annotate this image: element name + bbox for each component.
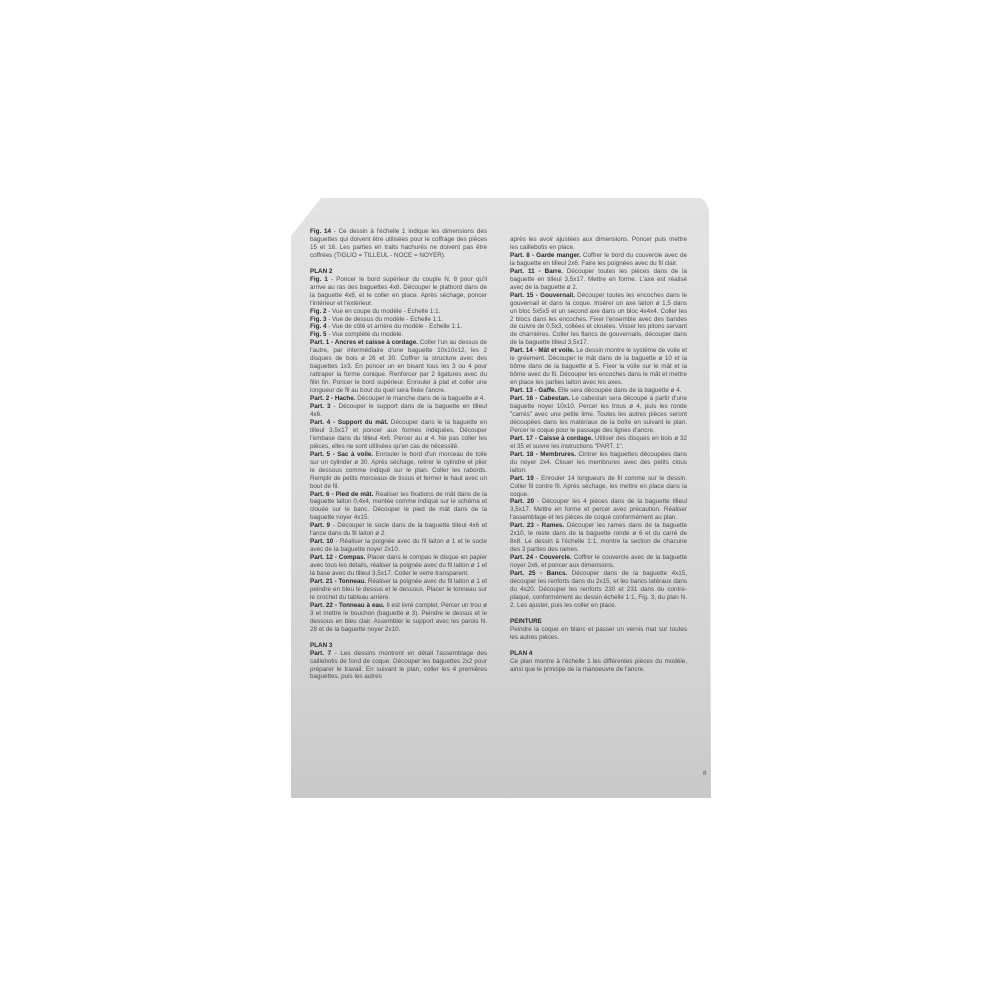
paragraph: Part. 3 - Découper le support dans de la…	[310, 403, 487, 419]
paragraph: Part. 18 - Membrures. Cintrer les baguet…	[510, 451, 687, 475]
paragraph-text: Découper toutes les encoches dans le gou…	[510, 292, 687, 347]
paragraph: Ce plan montre à l'échelle 1 les différe…	[510, 658, 687, 674]
paragraph: Part. 6 - Pied de mât. Réaliser les fixa…	[310, 491, 487, 523]
paragraph-label: Part. 20	[510, 498, 534, 505]
paragraph-label: Part. 6 - Pied de mât.	[310, 491, 373, 498]
paragraph-label: Part. 24 - Couvercle.	[510, 554, 572, 561]
paragraph-text: Elle sera découpée dans de la baguette ø…	[556, 387, 681, 394]
paragraph-label: Part. 12 - Compas.	[310, 554, 365, 561]
paragraph-label: Fig. 2	[310, 308, 326, 315]
paragraph-label: Part. 2 - Hache.	[310, 395, 356, 402]
paragraph-text: - Vue de dessus du modèle - Echelle 1:1.	[326, 316, 443, 323]
paragraph-label: Part. 19	[510, 475, 534, 482]
page-number: 8	[703, 771, 706, 777]
paragraph: Part. 8 - Garde manger. Coffrer le bord …	[510, 252, 687, 268]
paragraph: Part. 1 - Ancres et caisse à cordage. Co…	[310, 339, 487, 395]
paragraph: Fig. 4 - Vue de côté et arrière du modèl…	[310, 323, 487, 331]
paragraph: Part. 14 - Mât et voile. Le dessin montr…	[510, 347, 687, 387]
paragraph-label: Part. 21 - Tonneau.	[310, 578, 366, 585]
paragraph-label: Part. 25 - Bancs.	[510, 570, 567, 577]
paragraph-label: Part. 15 - Gouvernail.	[510, 292, 575, 299]
paragraph-label: Fig. 14	[310, 228, 331, 235]
paragraph-text: - Enrouler 14 longueurs de fil comme sur…	[510, 475, 687, 498]
section-gap	[310, 260, 487, 268]
paragraph-label: Part. 13 - Gaffe.	[510, 387, 556, 394]
paragraph: Part. 7 - Les dessins montrent en détail…	[310, 650, 487, 682]
paragraph-label: Part. 23 - Rames.	[510, 522, 564, 529]
paragraph: Fig. 3 - Vue de dessus du modèle - Echel…	[310, 316, 487, 324]
paragraph: Peindre la coque en blanc et passer un v…	[510, 626, 687, 642]
paragraph: Fig. 5 - Vue complète du modèle.	[310, 331, 487, 339]
left-column: Fig. 14 - Ce dessin à l'échelle 1 indiqu…	[310, 228, 487, 681]
paragraph-text: - Vue complète du modèle.	[326, 331, 403, 338]
paragraph-text: Coller l'un au dessus de l'autre, par in…	[310, 339, 487, 394]
paragraph: Part. 4 - Support du mât. Découper dans …	[310, 419, 487, 451]
paragraph: Part. 5 - Sac à voile. Enrouler le bord …	[310, 451, 487, 491]
section-gap	[510, 610, 687, 618]
section-heading: PLAN 3	[310, 642, 487, 650]
paragraph-text: - Réaliser la poignée avec du fil laiton…	[310, 538, 487, 553]
paragraph: Part. 21 - Tonneau. Réaliser la poignée …	[310, 578, 487, 602]
paragraph: Part. 10 - Réaliser la poignée avec du f…	[310, 538, 487, 554]
document-page: Fig. 14 - Ce dessin à l'échelle 1 indiqu…	[291, 198, 711, 798]
paragraph: Part. 12 - Compas. Placer dans le compas…	[310, 554, 487, 578]
paragraph-label: Fig. 4	[310, 323, 326, 330]
paragraph-label: Part. 11 - Barre.	[510, 268, 563, 275]
paragraph-text: - Découper les 4 pièces dans de la bague…	[510, 498, 687, 521]
paragraph-label: Part. 3	[310, 403, 330, 410]
paragraph-label: Fig. 5	[310, 331, 326, 338]
paragraph: Part. 24 - Couvercle. Coffrer le couverc…	[510, 554, 687, 570]
paragraph: Part. 11 - Barre. Découper toutes les pi…	[510, 268, 687, 292]
paragraph: Part. 9 - Découper le socle dans de la b…	[310, 522, 487, 538]
paragraph-label: Part. 1 - Ancres et caisse à cordage.	[310, 339, 418, 346]
paragraph-label: Part. 4 - Support du mât.	[310, 419, 388, 426]
paragraph-label: Part. 18 - Membrures.	[510, 451, 576, 458]
paragraph-label: Part. 8 - Garde manger.	[510, 252, 581, 259]
paragraph-text: Ce plan montre à l'échelle 1 les différe…	[510, 658, 687, 673]
paragraph: Part. 22 - Tonneau à eau. Il est livré c…	[310, 602, 487, 634]
section-heading: PLAN 4	[510, 650, 687, 658]
paragraph-label: Part. 9	[310, 522, 330, 529]
paragraph: après les avoir ajustées aux dimensions.…	[510, 236, 687, 252]
paragraph-text: - Poncer le bord supérieur du couple N. …	[310, 276, 487, 307]
paragraph-label: Fig. 1	[310, 276, 328, 283]
paragraph-text: - Ce dessin à l'échelle 1 indique les di…	[310, 228, 487, 259]
section-heading: PLAN 2	[310, 268, 487, 276]
section-gap	[310, 634, 487, 642]
paragraph: Part. 20 - Découper les 4 pièces dans de…	[510, 498, 687, 522]
paragraph-text: Peindre la coque en blanc et passer un v…	[510, 626, 687, 641]
paragraph-text: - Les dessins montrent en détail l'assem…	[310, 650, 487, 681]
paragraph: Part. 19 - Enrouler 14 longueurs de fil …	[510, 475, 687, 499]
paragraph-text: Découper le manche dans de la baguette ø…	[356, 395, 486, 402]
paragraph-text: - Vue de côté et arrière du modèle - Ech…	[326, 323, 462, 330]
paragraph: Fig. 14 - Ce dessin à l'échelle 1 indiqu…	[310, 228, 487, 260]
paragraph: Part. 25 - Bancs. Découper dans de la ba…	[510, 570, 687, 610]
paragraph: Fig. 2 - Vue en coupe du modèle - Echell…	[310, 308, 487, 316]
paragraph-text: - Découper le support dans de la baguett…	[310, 403, 487, 418]
paragraph-label: Part. 5 - Sac à voile.	[310, 451, 373, 458]
section-heading: PEINTURE	[510, 618, 687, 626]
paragraph: Part. 2 - Hache. Découper le manche dans…	[310, 395, 487, 403]
paragraph-label: Part. 16 - Cabestan.	[510, 395, 570, 402]
paragraph-label: Part. 10	[310, 538, 333, 545]
paragraph-label: Part. 7	[310, 650, 331, 657]
paragraph-label: Part. 22 - Tonneau à eau.	[310, 602, 385, 609]
paragraph-label: Fig. 3	[310, 316, 326, 323]
paragraph-text: - Vue en coupe du modèle - Echelle 1:1.	[326, 308, 440, 315]
paragraph: Fig. 1 - Poncer le bord supérieur du cou…	[310, 276, 487, 308]
paragraph: Part. 17 - Caisse à cordage. Utiliser de…	[510, 435, 687, 451]
section-gap	[510, 642, 687, 650]
paragraph: Part. 16 - Cabestan. Le cabestan sera dé…	[510, 395, 687, 435]
paragraph: Part. 13 - Gaffe. Elle sera découpée dan…	[510, 387, 687, 395]
paragraph-text: - Découper le socle dans de la baguette …	[310, 522, 487, 537]
right-column: après les avoir ajustées aux dimensions.…	[510, 236, 687, 674]
paragraph: Part. 23 - Rames. Découper les rames dan…	[510, 522, 687, 554]
paragraph: Part. 15 - Gouvernail. Découper toutes l…	[510, 292, 687, 348]
paragraph-label: Part. 14 - Mât et voile.	[510, 347, 575, 354]
paragraph-label: Part. 17 - Caisse à cordage.	[510, 435, 593, 442]
paragraph-text: après les avoir ajustées aux dimensions.…	[510, 236, 687, 251]
